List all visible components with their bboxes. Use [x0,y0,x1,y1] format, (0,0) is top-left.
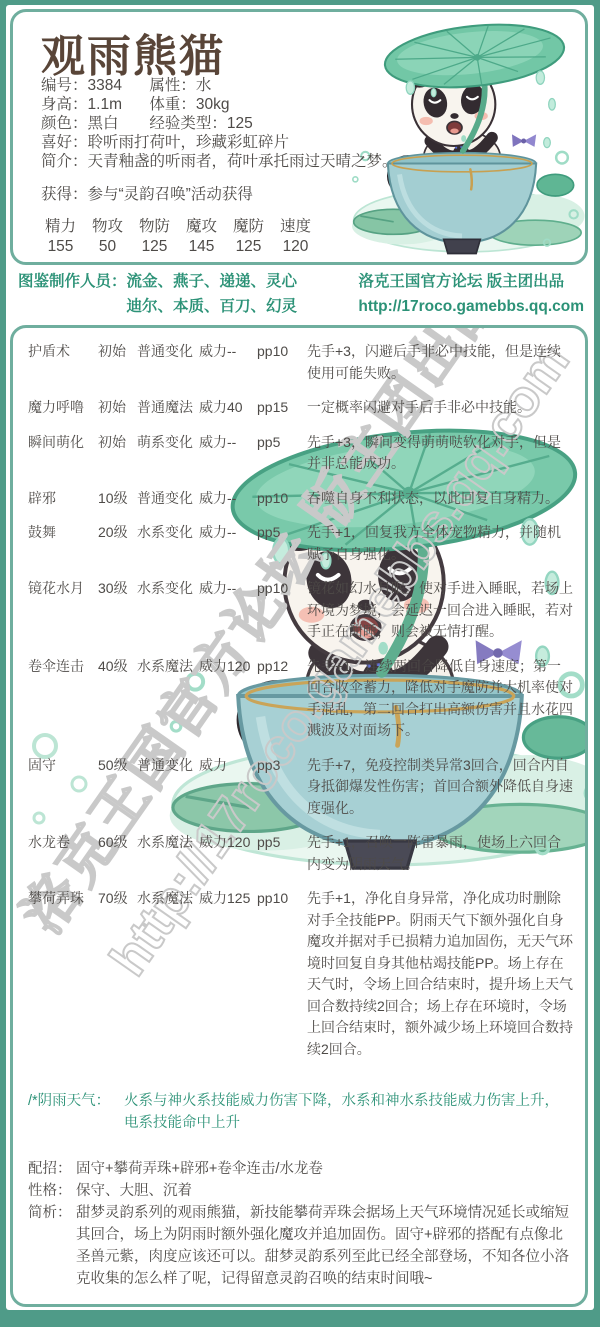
stat-value: 125 [225,238,272,256]
info-row-id-attr: 编号：3384 属性：水 [41,76,398,95]
credits-forum: 洛克王国官方论坛 版主团出品 [358,273,564,290]
skill-desc: 先手+3，瞬间变得萌萌哒软化对手，但是并非总能成功。 [307,432,573,475]
credits-band: 图鉴制作人员： 流金、燕子、递递、灵心 迪尔、本质、百刀、幻灵 洛克王国官方论坛… [18,269,584,319]
skill-power: 威力125 [199,888,257,1060]
analysis-row: 简析： 甜梦灵韵系列的观雨熊猫，新技能攀荷弄珠会据场上天气环境情况延长或缩短其回… [28,1202,575,1290]
skill-type: 普通魔法 [137,397,199,419]
skill-type: 水系魔法 [137,656,199,742]
skill-desc: 先手+3，闪避后手非必中技能，但是连续使用可能失败。 [307,341,573,384]
skill-row: 魔力呼噜初始普通魔法威力40pp15一定概率闪避对手后手非必中技能。 [28,397,573,419]
skill-pp: pp5 [257,832,307,875]
skill-power: 威力-- [199,522,257,565]
skills-table: 护盾术初始普通变化威力--pp10先手+3，闪避后手非必中技能，但是连续使用可能… [13,328,585,1060]
field-value: 125 [227,115,253,132]
field-label: 喜好： [41,134,88,151]
field-label: 属性： [149,77,196,94]
skill-power: 威力120 [199,832,257,875]
skill-desc: 一定概率闪避对手后手非必中技能。 [307,397,573,419]
field-value: 30kg [196,96,230,113]
row-text: 甜梦灵韵系列的观雨熊猫，新技能攀荷弄珠会据场上天气环境情况延长或缩短其回合，场上… [76,1202,575,1290]
info-row-likes: 喜好：聆听雨打荷叶，珍藏彩虹碎片 [41,133,398,152]
info-row-intro: 简介：天青釉盏的听雨者，荷叶承托雨过天晴之梦。 [41,152,398,171]
skill-power: 威力40 [199,397,257,419]
stat-label: 魔攻 [178,214,225,236]
field-value: 聆听雨打荷叶，珍藏彩虹碎片 [88,134,290,151]
skill-name: 辟邪 [28,488,98,510]
skill-desc: 先手+1，回复我方全体宠物精力，并随机赋予自身强化。 [307,522,573,565]
field-label: 编号： [41,77,88,94]
skill-row: 卷伞连击40级水系魔法威力120pp12先手+1，连续两回合降低自身速度；第一回… [28,656,573,742]
skill-level: 初始 [98,341,137,384]
skill-pp: pp10 [257,341,307,384]
skill-pp: pp3 [257,755,307,820]
skill-power: 威力-- [199,341,257,384]
skill-type: 水系魔法 [137,888,199,1060]
field-value: 水 [196,77,212,94]
recommended-moves-row: 配招： 固守+攀荷弄珠+辟邪+卷伞连击/水龙卷 [28,1158,575,1180]
info-row-acquire: 获得：参与“灵韵召唤”活动获得 [41,185,398,204]
skill-level: 初始 [98,397,137,419]
field-label: 经验类型： [149,115,227,132]
row-label: 简析： [28,1202,76,1290]
skill-name: 固守 [28,755,98,820]
skill-row: 辟邪10级普通变化威力--pp10吞噬自身不利状态，以此回复自身精力。 [28,488,573,510]
row-label: 性格： [28,1180,76,1202]
skill-pp: pp12 [257,656,307,742]
skill-type: 水系魔法 [137,832,199,875]
weather-note: /*阴雨天气： 火系与神火系技能威力伤害下降，水系和神水系技能威力伤害上升，电系… [28,1090,571,1134]
field-label: 颜色： [41,115,88,132]
skill-row: 镜花水月30级水系变化威力--pp10镜花如幻水月眠。使对手进入睡眠，若场上环境… [28,578,573,643]
skill-row: 瞬间萌化初始萌系变化威力--pp5先手+3，瞬间变得萌萌哒软化对手，但是并非总能… [28,432,573,475]
weather-note-text: 火系与神火系技能威力伤害下降，水系和神水系技能威力伤害上升，电系技能命中上升 [124,1090,571,1134]
skill-power: 威力-- [199,432,257,475]
credits-label: 图鉴制作人员： [18,269,127,294]
skill-power: 威力 [199,755,257,820]
skill-desc: 先手+7，免疫控制类异常3回合，回合内自身抵御爆发性伤害；首回合额外降低自身速度… [307,755,573,820]
field-label: 简介： [41,153,88,170]
stat-label: 物防 [131,214,178,236]
skill-level: 50级 [98,755,137,820]
skill-pp: pp10 [257,578,307,643]
pet-info: 编号：3384 属性：水 身高：1.1m 体重：30kg 颜色：黑白 经验类型：… [41,76,398,204]
stat-label: 精力 [37,214,84,236]
skill-type: 萌系变化 [137,432,199,475]
skill-level: 30级 [98,578,137,643]
row-text: 固守+攀荷弄珠+辟邪+卷伞连击/水龙卷 [76,1158,323,1180]
skill-row: 护盾术初始普通变化威力--pp10先手+3，闪避后手非必中技能，但是连续使用可能… [28,341,573,384]
stat-label: 速度 [272,214,319,236]
skill-level: 40级 [98,656,137,742]
summary-section: 配招： 固守+攀荷弄珠+辟邪+卷伞连击/水龙卷 性格： 保守、大胆、沉着 简析：… [28,1158,575,1290]
field-label: 体重： [149,96,196,113]
skill-pp: pp10 [257,488,307,510]
credits-names-line1: 流金、燕子、递递、灵心 [127,273,298,290]
skill-level: 初始 [98,432,137,475]
stat-value: 50 [84,238,131,256]
skill-pp: pp15 [257,397,307,419]
field-value: 1.1m [88,96,122,113]
skill-row: 水龙卷60级水系魔法威力120pp5先手+1，召唤一阵雷暴雨，使场上六回合内变为… [28,832,573,875]
stat-value: 155 [37,238,84,256]
field-value: 3384 [88,77,122,94]
skill-type: 普通变化 [137,488,199,510]
credits-url: http://17roco.gamebbs.qq.com [358,298,584,315]
skill-desc: 吞噬自身不利状态，以此回复自身精力。 [307,488,573,510]
field-value: 参与“灵韵召唤”活动获得 [88,186,253,203]
skill-name: 攀荷弄珠 [28,888,98,1060]
skill-type: 普通变化 [137,755,199,820]
skill-level: 10级 [98,488,137,510]
field-value: 黑白 [88,115,119,132]
skill-power: 威力120 [199,656,257,742]
stats-table: 精力 物攻 物防 魔攻 魔防 速度 155 50 125 145 125 120 [37,214,319,256]
credits-names: 流金、燕子、递递、灵心 迪尔、本质、百刀、幻灵 [127,269,298,319]
info-row-color-exp: 颜色：黑白 经验类型：125 [41,114,398,133]
skill-desc: 先手+1，连续两回合降低自身速度；第一回合收伞蓄力，降低对手魔防并大机率使对手混… [307,656,573,742]
skill-name: 镜花水月 [28,578,98,643]
weather-note-label: /*阴雨天气： [28,1090,124,1134]
stat-value: 125 [131,238,178,256]
skill-name: 魔力呼噜 [28,397,98,419]
skill-level: 20级 [98,522,137,565]
skill-pp: pp10 [257,888,307,1060]
row-text: 保守、大胆、沉着 [76,1180,192,1202]
card-page: 观雨熊猫 编号：3384 属性：水 身高：1.1m 体重：30kg 颜色：黑白 … [6,5,594,1310]
skills-box: 洛克王国官方论坛 版主团出品 http://17roco.gamebbs.qq.… [10,325,588,1307]
row-label: 配招： [28,1158,76,1180]
credits-names-line2: 迪尔、本质、百刀、幻灵 [127,298,298,315]
skill-power: 威力-- [199,578,257,643]
skill-pp: pp5 [257,432,307,475]
skill-desc: 先手+1，召唤一阵雷暴雨，使场上六回合内变为阴雨天气。 [307,832,573,875]
skill-name: 瞬间萌化 [28,432,98,475]
skill-name: 鼓舞 [28,522,98,565]
skill-type: 水系变化 [137,578,199,643]
skill-row: 攀荷弄珠70级水系魔法威力125pp10先手+1，净化自身异常，净化成功时删除对… [28,888,573,1060]
stat-value: 120 [272,238,319,256]
skill-level: 60级 [98,832,137,875]
skill-pp: pp5 [257,522,307,565]
stat-label: 物攻 [84,214,131,236]
skill-name: 水龙卷 [28,832,98,875]
skill-row: 鼓舞20级水系变化威力--pp5先手+1，回复我方全体宠物精力，并随机赋予自身强… [28,522,573,565]
field-value: 天青釉盏的听雨者，荷叶承托雨过天晴之梦。 [88,153,398,170]
stat-value: 145 [178,238,225,256]
field-label: 身高： [41,96,88,113]
skill-desc: 先手+1，净化自身异常，净化成功时删除对手全技能PP。阴雨天气下额外强化自身魔攻… [307,888,573,1060]
info-row-height-weight: 身高：1.1m 体重：30kg [41,95,398,114]
header-box: 观雨熊猫 编号：3384 属性：水 身高：1.1m 体重：30kg 颜色：黑白 … [10,9,588,265]
skill-level: 70级 [98,888,137,1060]
skill-type: 普通变化 [137,341,199,384]
nature-row: 性格： 保守、大胆、沉着 [28,1180,575,1202]
credits-publisher: 洛克王国官方论坛 版主团出品 http://17roco.gamebbs.qq.… [358,269,584,319]
skill-name: 卷伞连击 [28,656,98,742]
field-label: 获得： [41,186,88,203]
stat-label: 魔防 [225,214,272,236]
skill-type: 水系变化 [137,522,199,565]
pet-title: 观雨熊猫 [41,20,225,84]
skill-name: 护盾术 [28,341,98,384]
skill-row: 固守50级普通变化威力pp3先手+7，免疫控制类异常3回合，回合内自身抵御爆发性… [28,755,573,820]
skill-desc: 镜花如幻水月眠。使对手进入睡眠，若场上环境为梦境，会延迟一回合进入睡眠，若对手正… [307,578,573,643]
skill-power: 威力-- [199,488,257,510]
